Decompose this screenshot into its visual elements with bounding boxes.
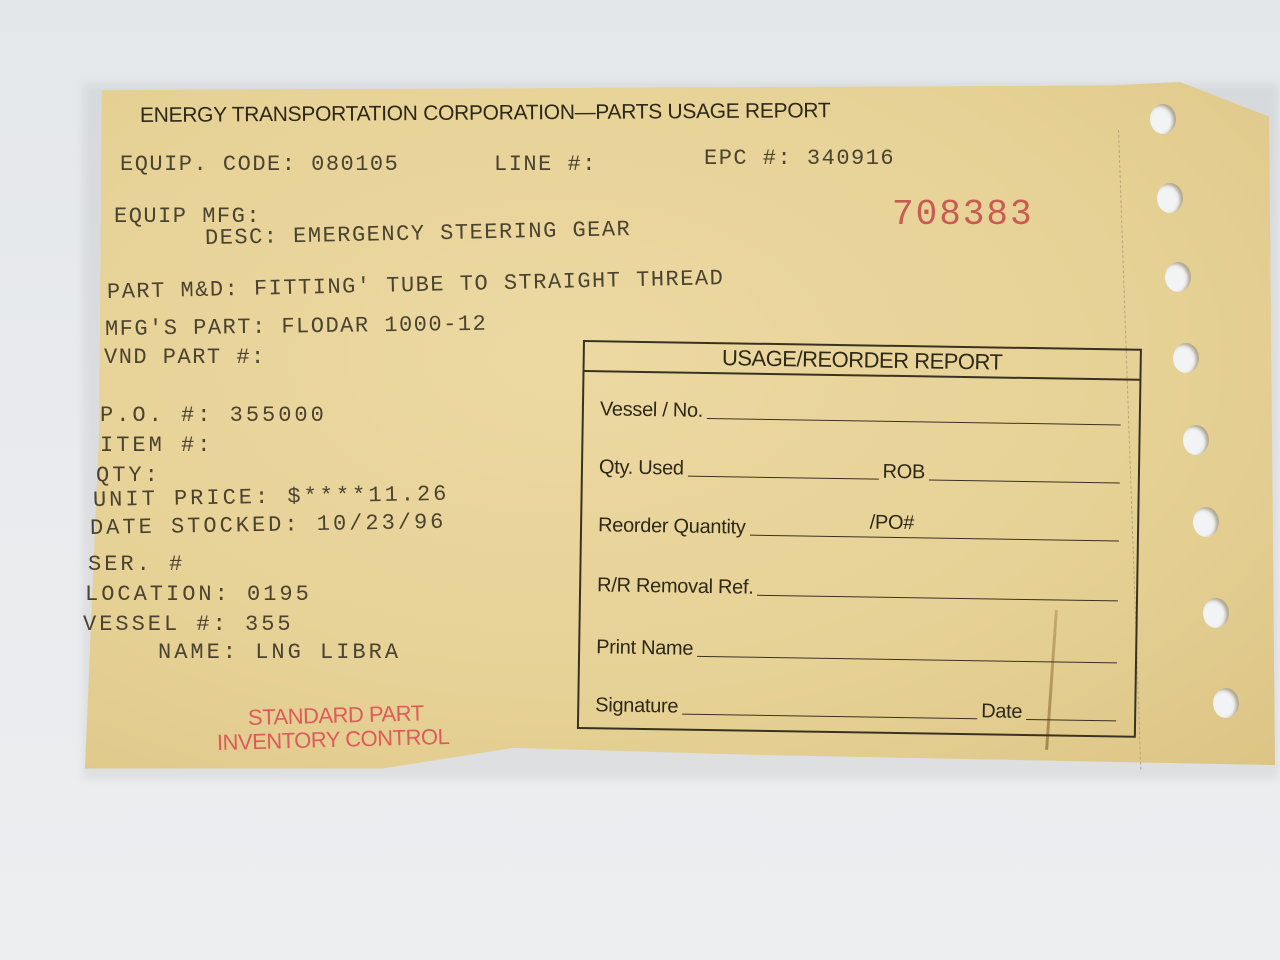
reorder-quantity-field[interactable]: Reorder Quantity /PO# [598, 514, 1123, 545]
rr-removal-ref-input-line[interactable] [757, 594, 1118, 602]
rr-removal-ref-label: R/R Removal Ref. [597, 574, 754, 599]
po-label: /PO# [869, 512, 914, 536]
vessel-no-label: Vessel / No. [600, 398, 703, 423]
tractor-hole [1165, 262, 1191, 292]
tractor-hole [1157, 183, 1183, 213]
rob-label: ROB [882, 461, 925, 485]
qty-used-label: Qty. Used [599, 456, 684, 480]
print-name-input-line[interactable] [697, 655, 1117, 664]
usage-reorder-report-box: USAGE/REORDER REPORT Vessel / No. Qty. U… [577, 340, 1142, 738]
serial-number: 708383 [892, 194, 1034, 235]
vessel-number: VESSEL #: 355 [83, 612, 294, 637]
vendor-part-number: VND PART #: [104, 345, 266, 370]
vessel-name: NAME: LNG LIBRA [158, 640, 401, 665]
print-name-label: Print Name [596, 636, 693, 661]
signature-label: Signature [595, 694, 678, 718]
tractor-hole [1193, 507, 1219, 537]
vessel-no-field[interactable]: Vessel / No. [600, 398, 1125, 429]
date-label: Date [981, 700, 1022, 724]
serial-field: SER. # [88, 552, 185, 577]
rr-removal-ref-field[interactable]: R/R Removal Ref. [597, 574, 1122, 605]
mfg-part-number: MFG'S PART: FLODAR 1000-12 [105, 312, 488, 342]
item-number: ITEM #: [100, 433, 213, 458]
location: LOCATION: 0195 [85, 582, 312, 607]
qty-used-rob-field[interactable]: Qty. Used ROB [599, 456, 1124, 487]
tractor-hole [1173, 343, 1199, 373]
rob-input-line[interactable] [929, 478, 1120, 483]
tractor-hole [1183, 425, 1209, 455]
line-number: LINE #: [494, 152, 597, 177]
vessel-no-input-line[interactable] [707, 417, 1121, 426]
po-number: P.O. #: 355000 [100, 403, 327, 428]
usage-reorder-report-title: USAGE/REORDER REPORT [584, 342, 1139, 381]
tractor-hole [1213, 688, 1239, 718]
quantity: QTY: [96, 463, 161, 488]
reorder-quantity-input-line[interactable]: /PO# [749, 534, 1118, 542]
qty-used-input-line[interactable] [688, 475, 879, 480]
signature-date-field[interactable]: Signature Date [595, 694, 1120, 725]
equip-code: EQUIP. CODE: 080105 [120, 152, 399, 177]
date-input-line[interactable] [1026, 718, 1116, 721]
report-header-title: ENERGY TRANSPORTATION CORPORATION—PARTS … [140, 99, 831, 128]
epc-number: EPC #: 340916 [704, 146, 895, 171]
print-name-field[interactable]: Print Name [596, 636, 1121, 667]
tractor-hole [1150, 104, 1176, 134]
tractor-hole [1203, 598, 1229, 628]
reorder-quantity-label: Reorder Quantity [598, 514, 746, 539]
signature-input-line[interactable] [682, 713, 977, 720]
